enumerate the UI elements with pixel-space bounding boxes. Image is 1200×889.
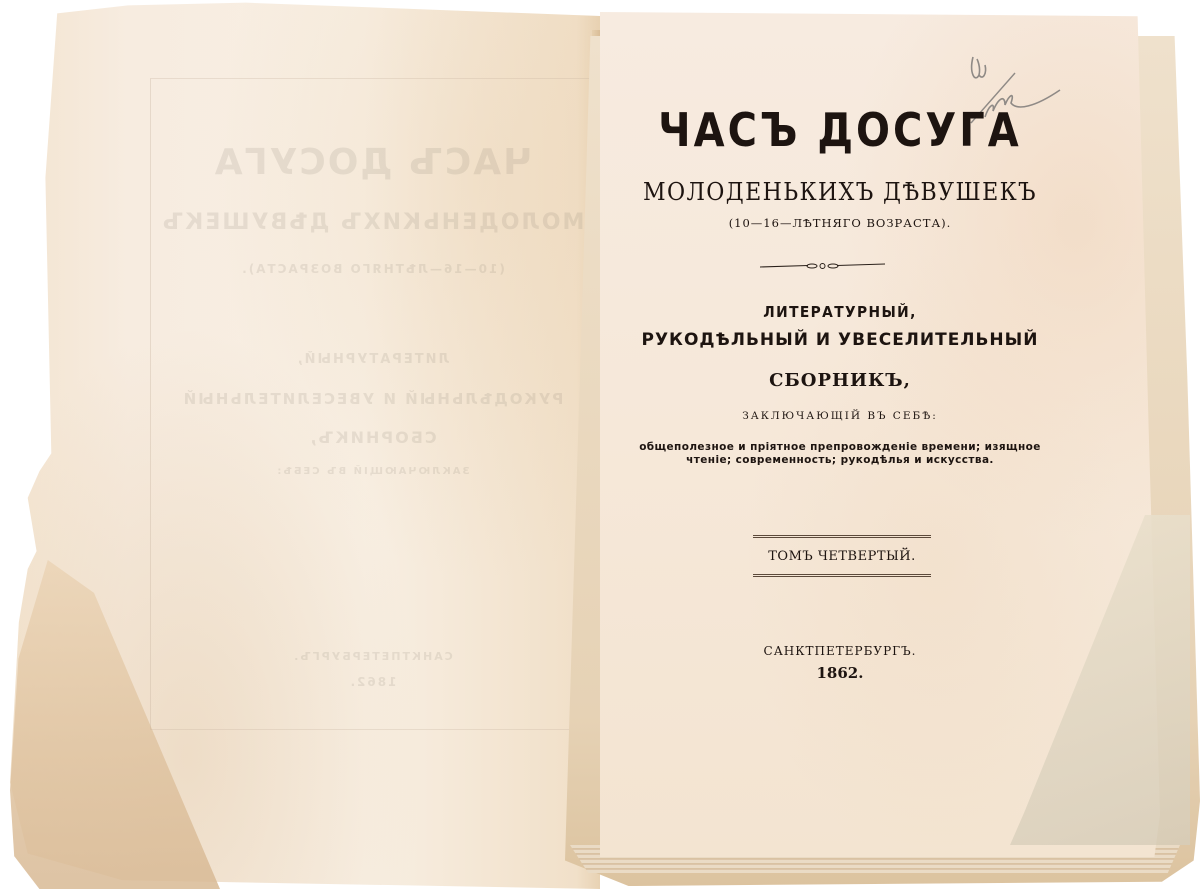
description: общеполезное и пріятное препровожденіе в… <box>600 441 1080 467</box>
imprint-city: САНКТПЕТЕРБУРГЪ. <box>600 644 1080 658</box>
bleed-through-genre2: РУКОДѢЛЬНЫЙ И УВЕСЕЛИТЕЛЬНЫЙ <box>150 390 595 408</box>
bleed-through-subtitle: МОЛОДЕНЬКИХЪ ДѢВУШЕКЪ <box>150 210 595 235</box>
subtitle: МОЛОДЕНЬКИХЪ ДѢВУШЕКЪ <box>619 178 1061 206</box>
genre-line-3: СБОРНИКЪ, <box>600 370 1080 391</box>
volume-label: ТОМЪ ЧЕТВЕРТЫЙ. <box>753 535 931 577</box>
bleed-through-city: САНКТПЕТЕРБУРГЪ. <box>150 650 595 663</box>
contains-label: ЗАКЛЮЧАЮЩІЙ ВЪ СЕБѢ: <box>600 410 1080 422</box>
bleed-through-genre1: ЛИТЕРАТУРНЫЙ, <box>150 352 595 367</box>
genre-line-2: РУКОДѢЛЬНЫЙ И УВЕСЕЛИТЕЛЬНЫЙ <box>600 330 1080 350</box>
bleed-through-contains: ЗАКЛЮЧАЮЩІЙ ВЪ СЕБѢ: <box>150 466 595 477</box>
description-line-1: общеполезное и пріятное препровожденіе в… <box>600 441 1080 454</box>
bleed-through-age: (10—16—ЛѢТНЯГО ВОЗРАСТА). <box>150 262 595 276</box>
open-book: ЧАСЪ ДОСУГА МОЛОДЕНЬКИХЪ ДѢВУШЕКЪ (10—16… <box>0 0 1200 889</box>
imprint-year: 1862. <box>600 664 1080 682</box>
ornament-divider-icon <box>760 262 885 270</box>
bleed-through-title: ЧАСЪ ДОСУГА <box>150 142 595 183</box>
bleed-through-year: 1862. <box>150 675 595 689</box>
bleed-through-genre3: СБОРНИКЪ, <box>150 428 595 447</box>
description-line-2: чтеніе; современность; рукодѣлья и искус… <box>600 454 1080 467</box>
main-title: ЧАСЪ ДОСУГА <box>600 105 1080 158</box>
genre-line-1: ЛИТЕРАТУРНЫЙ, <box>619 303 1061 321</box>
age-range: (10—16—ЛѢТНЯГО ВОЗРАСТА). <box>600 216 1080 230</box>
